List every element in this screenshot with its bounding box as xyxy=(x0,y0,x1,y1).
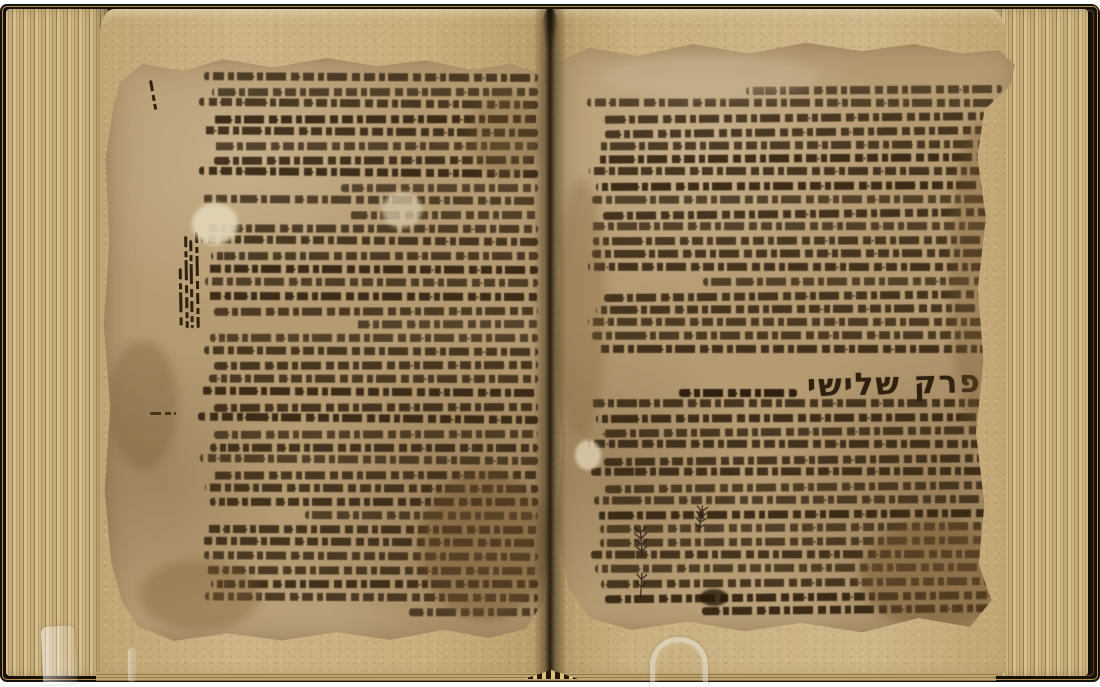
handwritten-text-line xyxy=(591,550,1002,559)
handwritten-text-line xyxy=(602,426,1002,438)
handwritten-text-line xyxy=(600,536,1002,547)
handwritten-text-line xyxy=(679,389,797,397)
handwritten-text-line xyxy=(596,413,1002,423)
stain xyxy=(108,340,178,470)
handwritten-text-line xyxy=(214,430,538,439)
handwritten-text-line xyxy=(209,375,538,384)
manuscript-photo: פרק שלישי xyxy=(0,0,1100,687)
text-block-left xyxy=(198,74,538,622)
handwritten-text-line xyxy=(341,184,538,192)
handwritten-text-line xyxy=(213,471,538,480)
handwritten-text-line xyxy=(205,278,538,288)
gutter-top-shadow xyxy=(542,8,558,50)
handwritten-text-line xyxy=(204,346,538,356)
marginal-note-word xyxy=(150,412,176,415)
handwritten-text-line xyxy=(213,115,538,124)
handwritten-text-line xyxy=(600,522,1002,533)
handwritten-text-line xyxy=(605,591,1002,603)
handwritten-text-line xyxy=(746,85,1002,95)
handwritten-text-line xyxy=(587,98,1002,107)
handwritten-text-line xyxy=(201,126,538,137)
marginal-note-word xyxy=(146,80,157,111)
book-gutter xyxy=(534,8,566,675)
handwritten-text-line xyxy=(593,236,1002,245)
manuscript-leaf-left xyxy=(102,52,552,644)
handwritten-text-line xyxy=(202,386,538,396)
plastic-page-clip xyxy=(41,625,78,685)
handwritten-text-line xyxy=(205,483,538,492)
handwritten-text-line xyxy=(588,263,1002,271)
handwritten-text-line xyxy=(210,334,538,342)
handwritten-text-line xyxy=(596,304,1002,314)
marginal-note-vertical xyxy=(176,228,200,328)
handwritten-text-line xyxy=(595,563,1002,573)
handwritten-text-line xyxy=(214,307,538,316)
handwritten-text-line xyxy=(207,566,538,575)
handwritten-text-line xyxy=(409,608,538,616)
handwritten-text-line xyxy=(214,361,538,370)
handwritten-text-line xyxy=(601,577,1002,588)
text-block-right-upper xyxy=(586,85,1002,359)
handwritten-text-line xyxy=(598,153,1002,164)
handwritten-text-line xyxy=(212,142,538,150)
handwritten-text-line xyxy=(203,537,538,547)
manuscript-leaf-right: פרק שלישי xyxy=(552,38,1022,636)
handwritten-text-line xyxy=(350,211,538,219)
handwritten-text-line xyxy=(592,249,1002,258)
handwritten-text-line xyxy=(207,525,538,534)
handwritten-text-line xyxy=(198,413,538,424)
handwritten-text-line xyxy=(211,252,538,260)
handwritten-text-line xyxy=(605,481,1002,493)
plastic-page-clip xyxy=(650,637,708,687)
handwritten-text-line xyxy=(590,222,1002,230)
handwritten-text-line xyxy=(212,88,538,96)
handwritten-text-line xyxy=(596,181,1002,191)
handwritten-text-line xyxy=(210,498,538,506)
plastic-page-clip xyxy=(128,648,136,682)
handwritten-text-line xyxy=(355,320,538,328)
handwritten-text-line xyxy=(598,509,1002,520)
handwritten-text-line xyxy=(598,345,1002,353)
handwritten-text-line xyxy=(588,440,1002,448)
handwritten-text-line xyxy=(598,140,1002,150)
handwritten-text-line xyxy=(592,331,1002,340)
handwritten-text-line xyxy=(214,156,538,165)
handwritten-text-line xyxy=(200,454,538,465)
handwritten-text-line xyxy=(206,264,538,273)
handwritten-text-line xyxy=(588,318,1002,326)
handwritten-text-line xyxy=(590,399,1002,407)
handwritten-text-line xyxy=(591,467,1002,476)
handwritten-text-line xyxy=(199,98,538,109)
handwritten-text-line xyxy=(604,454,1002,466)
handwritten-text-line xyxy=(702,604,1002,615)
handwritten-text-line xyxy=(603,208,1002,220)
handwritten-text-line xyxy=(207,292,538,301)
handwritten-text-line xyxy=(205,592,538,602)
handwritten-text-line xyxy=(204,551,538,561)
handwritten-text-line xyxy=(211,580,538,588)
handwritten-text-line xyxy=(703,277,1002,286)
page-stack-left-edge xyxy=(6,9,108,676)
handwritten-text-line xyxy=(208,224,538,233)
handwritten-text-line xyxy=(201,235,539,246)
handwritten-text-line xyxy=(199,166,538,177)
handwritten-text-line xyxy=(605,126,1002,138)
handwritten-text-line xyxy=(203,195,538,205)
handwritten-text-line xyxy=(204,72,538,82)
handwritten-text-line xyxy=(210,443,538,451)
handwritten-text-line xyxy=(589,167,1002,175)
chapter-heading: פרק שלישי xyxy=(807,367,982,401)
handwritten-text-line xyxy=(594,495,1002,505)
handwritten-text-line xyxy=(592,195,1002,204)
handwritten-text-line xyxy=(604,290,1002,302)
handwritten-text-line xyxy=(305,511,538,520)
handwritten-text-line xyxy=(214,403,538,412)
handwritten-text-line xyxy=(603,112,1002,124)
